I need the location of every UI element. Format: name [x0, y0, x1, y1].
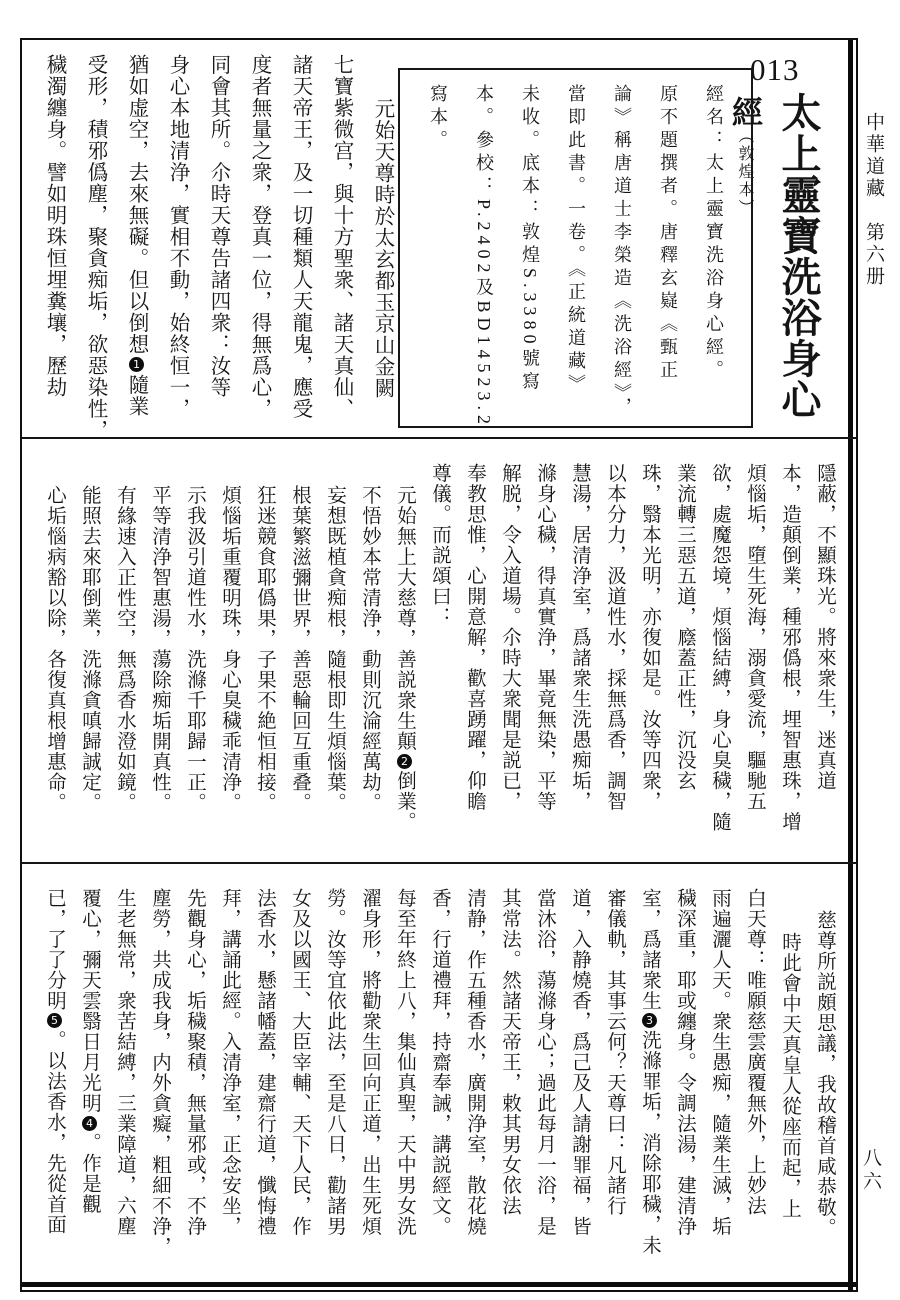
text-column: 解脱，令入道場。尒時大衆聞是説已，: [492, 463, 527, 854]
text-column: 室，爲諸衆生3洗滌罪垢，消除耶穢，未: [632, 888, 667, 1272]
band-top: 013 太上靈寶洗浴身心 經（敦煌本） 經名：太上靈寶洗浴身心經。 原不題撰者。…: [22, 40, 856, 437]
text-column: 諸天帝王，及一切種類人天龍鬼，應受: [279, 54, 320, 426]
text-column: 未收。底本：敦煌S.3380號寫: [507, 84, 553, 416]
text-column: 受形，積邪僞塵，聚貪痴垢，欲惡染性，: [74, 54, 115, 426]
text-column: 覆心，彌天雲翳日月光明4。作是觀: [72, 888, 107, 1272]
text-column: 寫本。: [415, 84, 461, 416]
text-column: 當沐浴，蕩滌身心；過此每月一浴，是: [527, 888, 562, 1272]
text-column: 心垢惱病豁以除，各復真根增惠命。: [37, 463, 72, 854]
text-column: 已，了了分明5。以法香水，先從首面: [37, 888, 72, 1272]
text-column: 以本分力，汲道性水，採無爲香，調智: [597, 463, 632, 854]
page-frame: 013 太上靈寶洗浴身心 經（敦煌本） 經名：太上靈寶洗浴身心經。 原不題撰者。…: [20, 38, 858, 1292]
text-column: 論》稱唐道士李榮造《洗浴經》，: [599, 84, 645, 416]
text-column: 道，入静燒香，爲己及人請謝罪福，皆: [562, 888, 597, 1272]
text-column: 每至年終上八，集仙真聖，天中男女洗: [387, 888, 422, 1272]
text-column: 先觀身心，垢穢聚積，無量邪或，不浄: [177, 888, 212, 1272]
text-column: 煩惱垢重覆明珠，身心臭穢乖清浄。: [212, 463, 247, 854]
footnote-marker: 3: [642, 1013, 657, 1028]
text-column: 本，造顛倒業，種邪僞根，埋智惠珠，增: [772, 463, 807, 854]
text-column: 時此會中天真皇人從座而起，上: [772, 888, 807, 1272]
footnote-marker: 4: [82, 1116, 97, 1131]
text-column: 元始無上大慈尊，善説衆生顛2倒業。: [387, 463, 422, 854]
text-column: 塵勞，共成我身，内外貪癡，粗細不浄，: [142, 888, 177, 1272]
text-column: 七寶紫微宫，與十方聖衆、諸天真仙、: [320, 54, 361, 426]
text-column: 隱蔽，不顯珠光。將來衆生，迷真道: [807, 463, 842, 854]
text-column: 當即此書。一卷。《正統道藏》: [553, 84, 599, 416]
text-column: 濯身形，將勸衆生回向正道，出生死煩: [352, 888, 387, 1272]
text-column: 能照去來耶倒業，洗滌貪嗔歸誠定。: [72, 463, 107, 854]
text-column: 奉教思惟，心開意解，歡喜踴躍，仰瞻: [457, 463, 492, 854]
text-column: 穢深重，耶或纏身。令調法湯，建清浄: [667, 888, 702, 1272]
band-middle-text: 隱蔽，不顯珠光。將來衆生，迷真道 本，造顛倒業，種邪僞根，埋智惠珠，增 煩惱垢，…: [32, 463, 842, 854]
footnote-marker: 5: [47, 1013, 62, 1028]
footnote-marker: 2: [397, 754, 412, 769]
text-column: 勞。汝等宜依此法，至是八日，勸諸男: [317, 888, 352, 1272]
text-column: 煩惱垢，墮生死海，溺貪愛流，驅馳五: [737, 463, 772, 854]
text-column: 元始天尊時於太玄都玉京山金闕: [361, 54, 402, 426]
colophon-box: 經名：太上靈寶洗浴身心經。 原不題撰者。唐釋玄嶷《甄正 論》稱唐道士李榮造《洗浴…: [398, 68, 753, 428]
text-column: 平等清浄智惠湯，蕩除痴垢開真性。: [142, 463, 177, 854]
text-column: 拜，講誦此經。入清浄室，正念安坐，: [212, 888, 247, 1272]
text-column: 身心本地清浄，實相不動，始終恒一，: [156, 54, 197, 426]
colophon-columns: 經名：太上靈寶洗浴身心經。 原不題撰者。唐釋玄嶷《甄正 論》稱唐道士李榮造《洗浴…: [410, 84, 737, 416]
page-number: 八六: [857, 1148, 883, 1238]
text-column: 不悟妙本常清浄，動則沉淪經萬劫。: [352, 463, 387, 854]
text-column: 猶如虚空，去來無礙。但以倒想1隨業: [115, 54, 156, 426]
text-column: 女及以國王、大臣宰輔、天下人民，作: [282, 888, 317, 1272]
page-title: 太上靈寶洗浴身心: [774, 92, 822, 432]
band-bottom: 慈尊所説頗思議，我故稽首咸恭敬。 時此會中天真皇人從座而起，上 白天尊：唯願慈雲…: [22, 862, 856, 1280]
band-top-text: 元始天尊時於太玄都玉京山金闕 七寶紫微宫，與十方聖衆、諸天真仙、 諸天帝王，及一…: [30, 54, 402, 426]
text-column: 雨遍灑人天。衆生愚痴，隨業生滅，垢: [702, 888, 737, 1272]
text-column: 業流轉三惡五道，廕蓋正性，沉没玄: [667, 463, 702, 854]
text-column: 根葉繁滋彌世界，善惡輪回互重叠。: [282, 463, 317, 854]
frame-inner-bottom-rule: [22, 1282, 856, 1287]
text-column: 原不題撰者。唐釋玄嶷《甄正: [645, 84, 691, 416]
text-column: 慧湯，居清浄室，爲諸衆生洗愚痴垢，: [562, 463, 597, 854]
series-volume-label: 中華道藏 第六册: [860, 112, 886, 312]
text-column: 經名：太上靈寶洗浴身心經。: [691, 84, 737, 416]
text-column: 狂迷競食耶僞果，子果不絶恒相接。: [247, 463, 282, 854]
issue-number: 013: [750, 52, 830, 88]
text-column: 本。參校：P.2402及BD14523.2: [461, 84, 507, 416]
text-column: 尊儀。而説頌曰：: [422, 463, 457, 854]
text-column: 白天尊：唯願慈雲廣覆無外，上妙法: [737, 888, 772, 1272]
text-column: 香，行道禮拜，持齋奉誡，講説經文。: [422, 888, 457, 1272]
footnote-marker: 1: [129, 357, 144, 372]
text-column: 妄想既植貪痴根，隨根即生煩惱葉。: [317, 463, 352, 854]
text-column: 同會其所。尒時天尊告諸四衆：汝等: [197, 54, 238, 426]
band-bottom-text: 慈尊所説頗思議，我故稽首咸恭敬。 時此會中天真皇人從座而起，上 白天尊：唯願慈雲…: [32, 888, 842, 1272]
text-column: 慈尊所説頗思議，我故稽首咸恭敬。: [807, 888, 842, 1272]
text-column: 審儀軌，其事云何？天尊曰：凡諸行: [597, 888, 632, 1272]
text-column: 欲，處魔怨境，煩惱結縛，身心臭穢，隨: [702, 463, 737, 854]
text-column: 示我汲引道性水，洗滌千耶歸一正。: [177, 463, 212, 854]
text-column: 其常法。然諸天帝王，敕其男女依法: [492, 888, 527, 1272]
text-column: 度者無量之衆，登真一位，得無爲心，: [238, 54, 279, 426]
text-column: 清静，作五種香水，廣開浄室，散花燒: [457, 888, 492, 1272]
band-middle: 隱蔽，不顯珠光。將來衆生，迷真道 本，造顛倒業，種邪僞根，埋智惠珠，增 煩惱垢，…: [22, 437, 856, 862]
text-column: 滌身心穢，得真實浄，畢竟無染，平等: [527, 463, 562, 854]
text-column: 法香水，懸諸幡蓋，建齋行道，懺悔禮: [247, 888, 282, 1272]
text-column: 珠，翳本光明，亦復如是。汝等四衆，: [632, 463, 667, 854]
text-column: 有緣速入正性空，無爲香水澄如鏡。: [107, 463, 142, 854]
text-column: 生老無常，衆苦結縛，三業障道，六塵: [107, 888, 142, 1272]
text-column: 穢濁纏身。譬如明珠恒埋糞壤，歷劫: [33, 54, 74, 426]
